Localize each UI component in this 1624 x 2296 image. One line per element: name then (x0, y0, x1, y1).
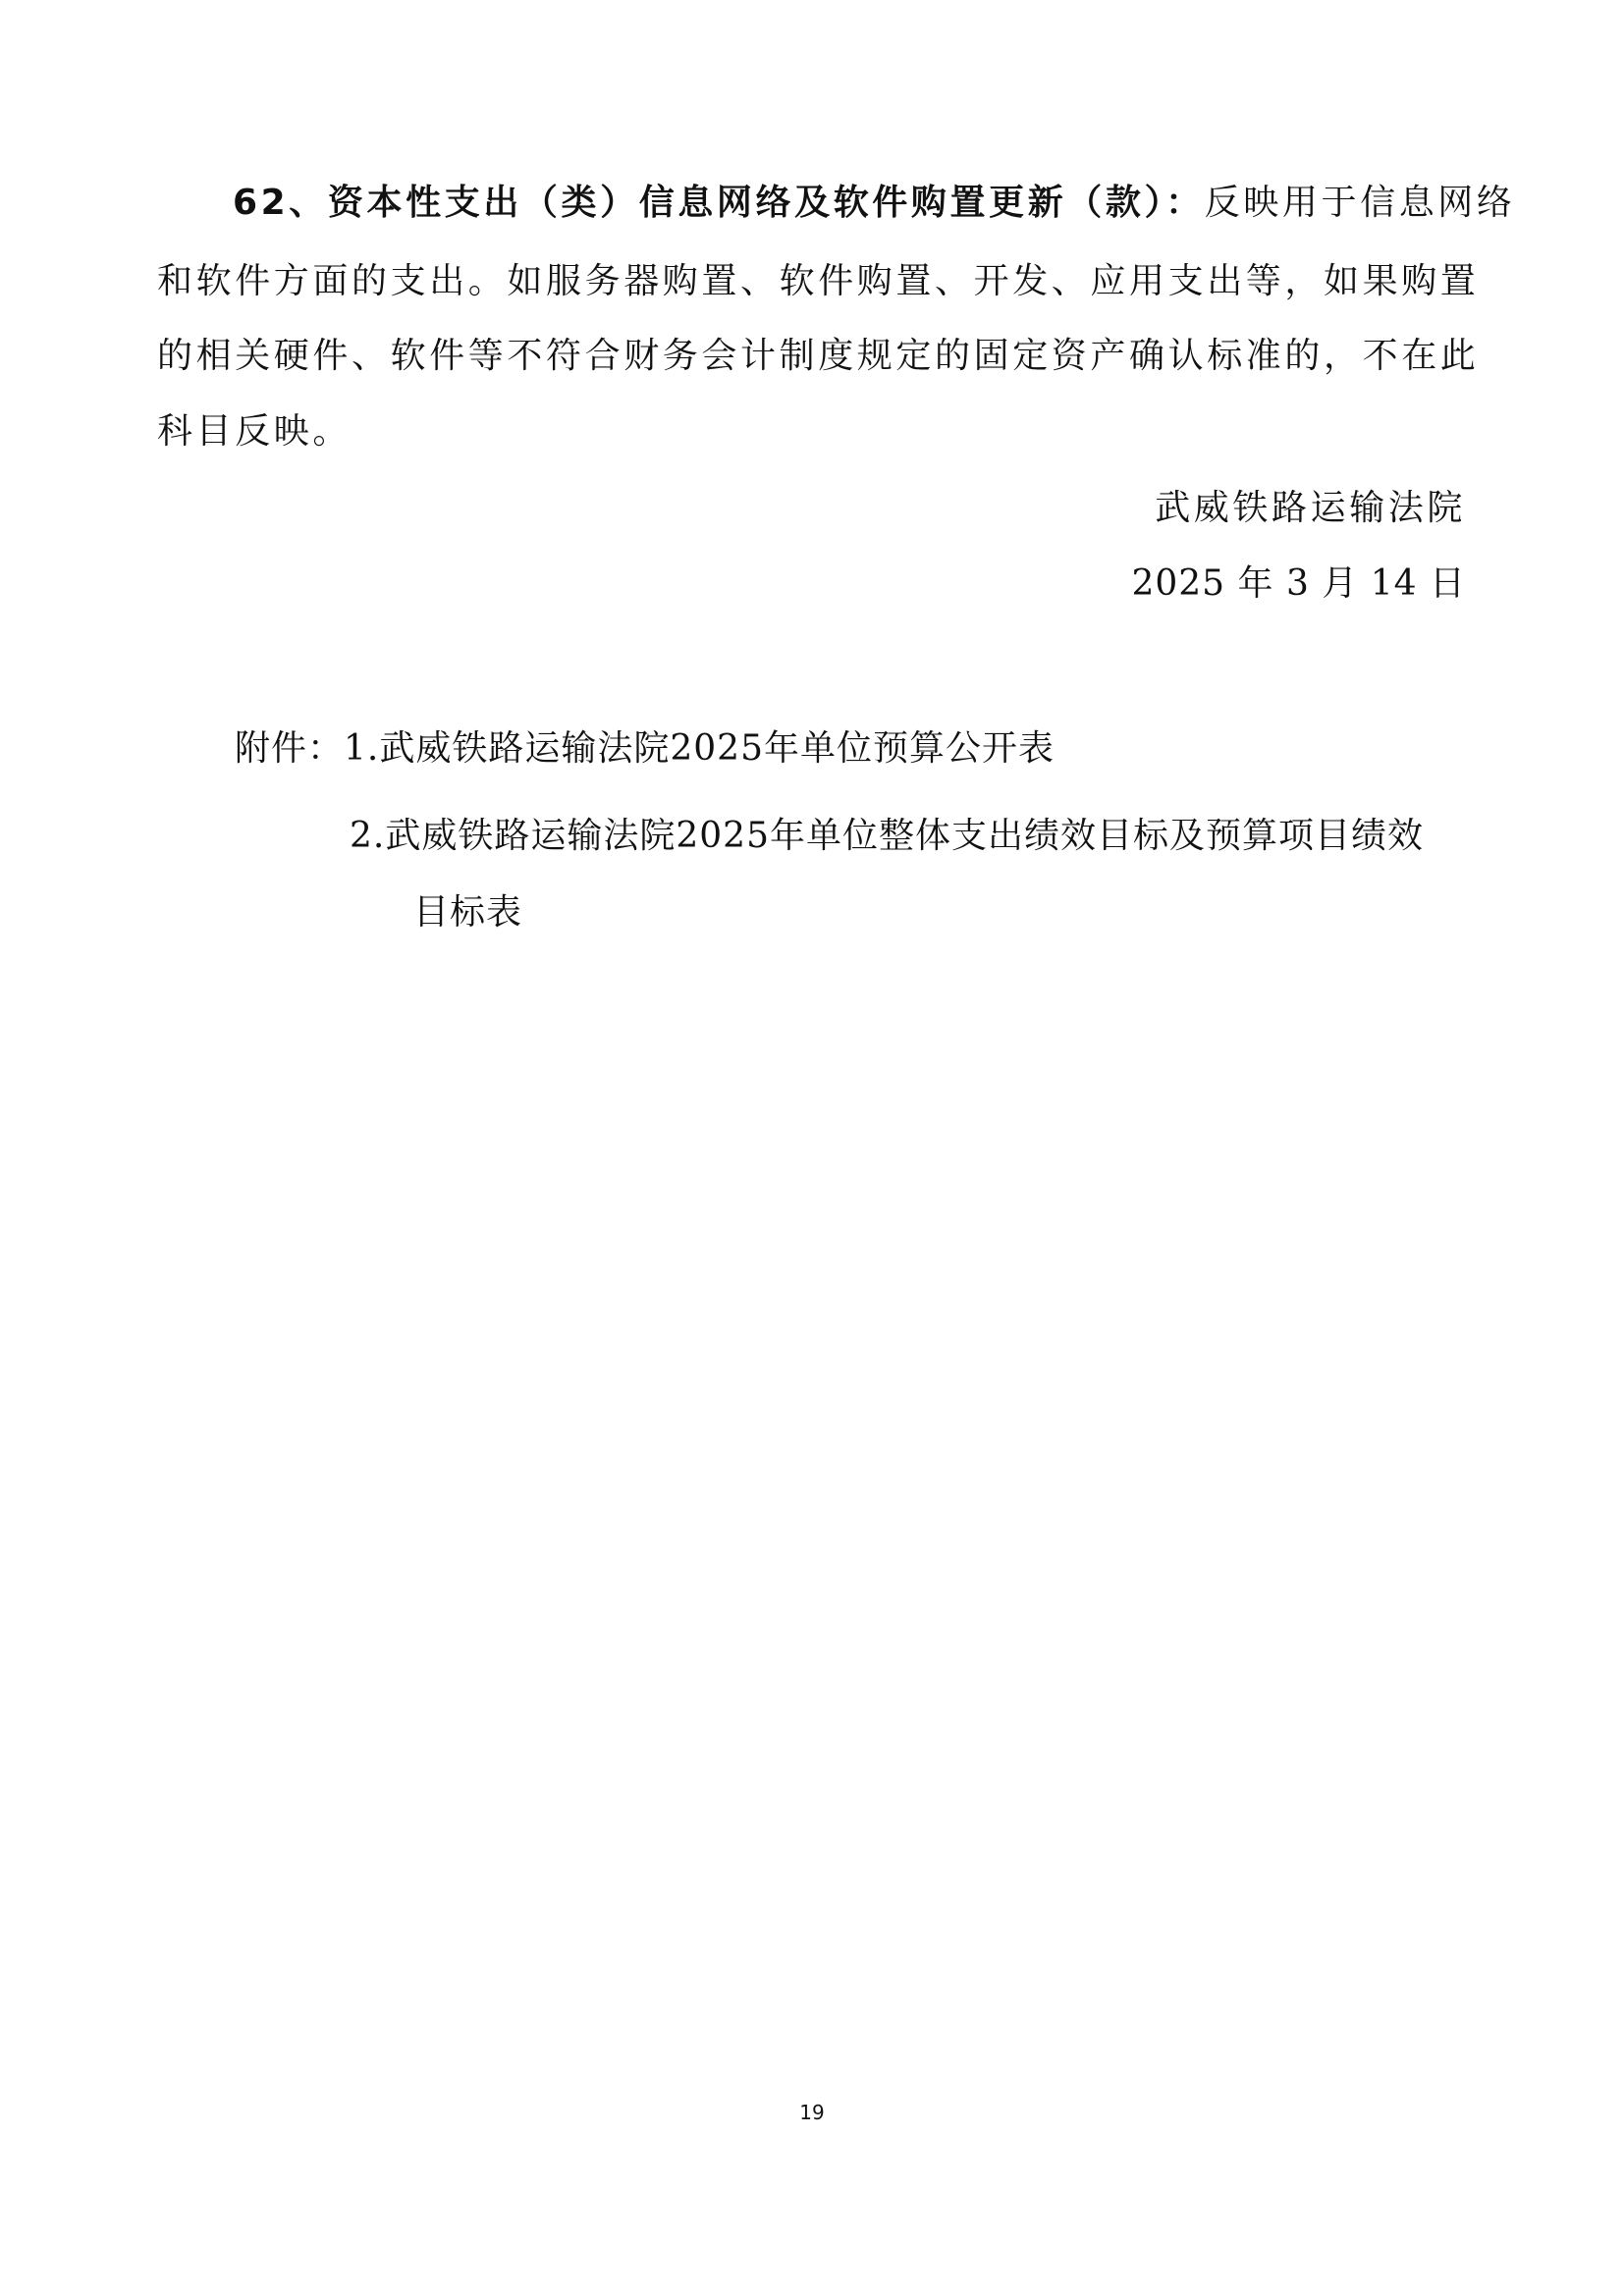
section-body-line-2: 和软件方面的支出。如服务器购置、软件购置、开发、应用支出等，如果购置 (157, 260, 1479, 303)
attachment-item-2: 2.武威铁路运输法院2025年单位整体支出绩效目标及预算项目绩效 (350, 815, 1424, 858)
attachment-2-title-line-1: 武威铁路运输法院2025年单位整体支出绩效目标及预算项目绩效 (385, 816, 1424, 856)
signature-organization: 武威铁路运输法院 (1155, 487, 1466, 530)
section-body-line-3: 的相关硬件、软件等不符合财务会计制度规定的固定资产确认标准的，不在此 (157, 335, 1479, 378)
page-number: 19 (0, 2101, 1624, 2124)
section-heading: 62、资本性支出（类）信息网络及软件购置更新（款）： (233, 183, 1205, 223)
attachment-2-number: 2. (350, 816, 385, 856)
attachment-1-title: 武威铁路运输法院2025年单位预算公开表 (379, 728, 1055, 769)
attachment-2-title-line-2: 目标表 (413, 891, 522, 934)
attachment-1-number: 1. (344, 728, 379, 769)
section-body-line-4: 科目反映。 (157, 410, 352, 454)
signature-date: 2025 年 3 月 14 日 (1131, 562, 1466, 606)
attachments-label: 附件： (235, 728, 344, 769)
attachment-item-1: 附件：1.武威铁路运输法院2025年单位预算公开表 (235, 727, 1055, 771)
section-62-first-line: 62、资本性支出（类）信息网络及软件购置更新（款）：反映用于信息网络 (233, 182, 1516, 225)
section-body-line-1: 反映用于信息网络 (1205, 183, 1516, 223)
